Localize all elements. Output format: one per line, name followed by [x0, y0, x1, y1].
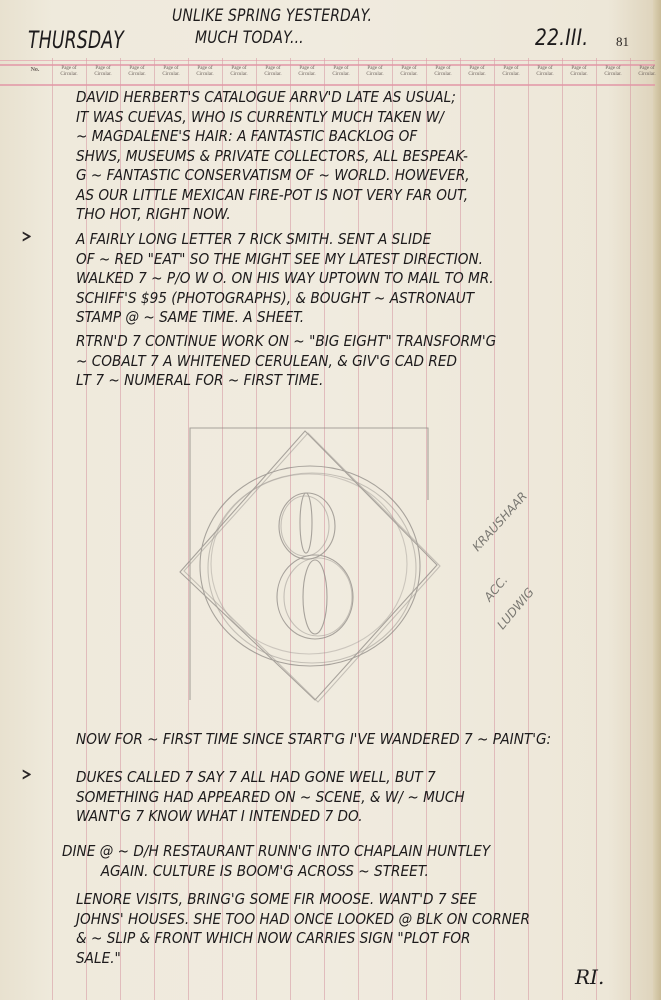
signature: RI.	[575, 965, 604, 989]
pencil-sketch	[0, 0, 661, 1000]
diary-page: No.Page ofCircular.Page ofCircular.Page …	[0, 0, 661, 1000]
